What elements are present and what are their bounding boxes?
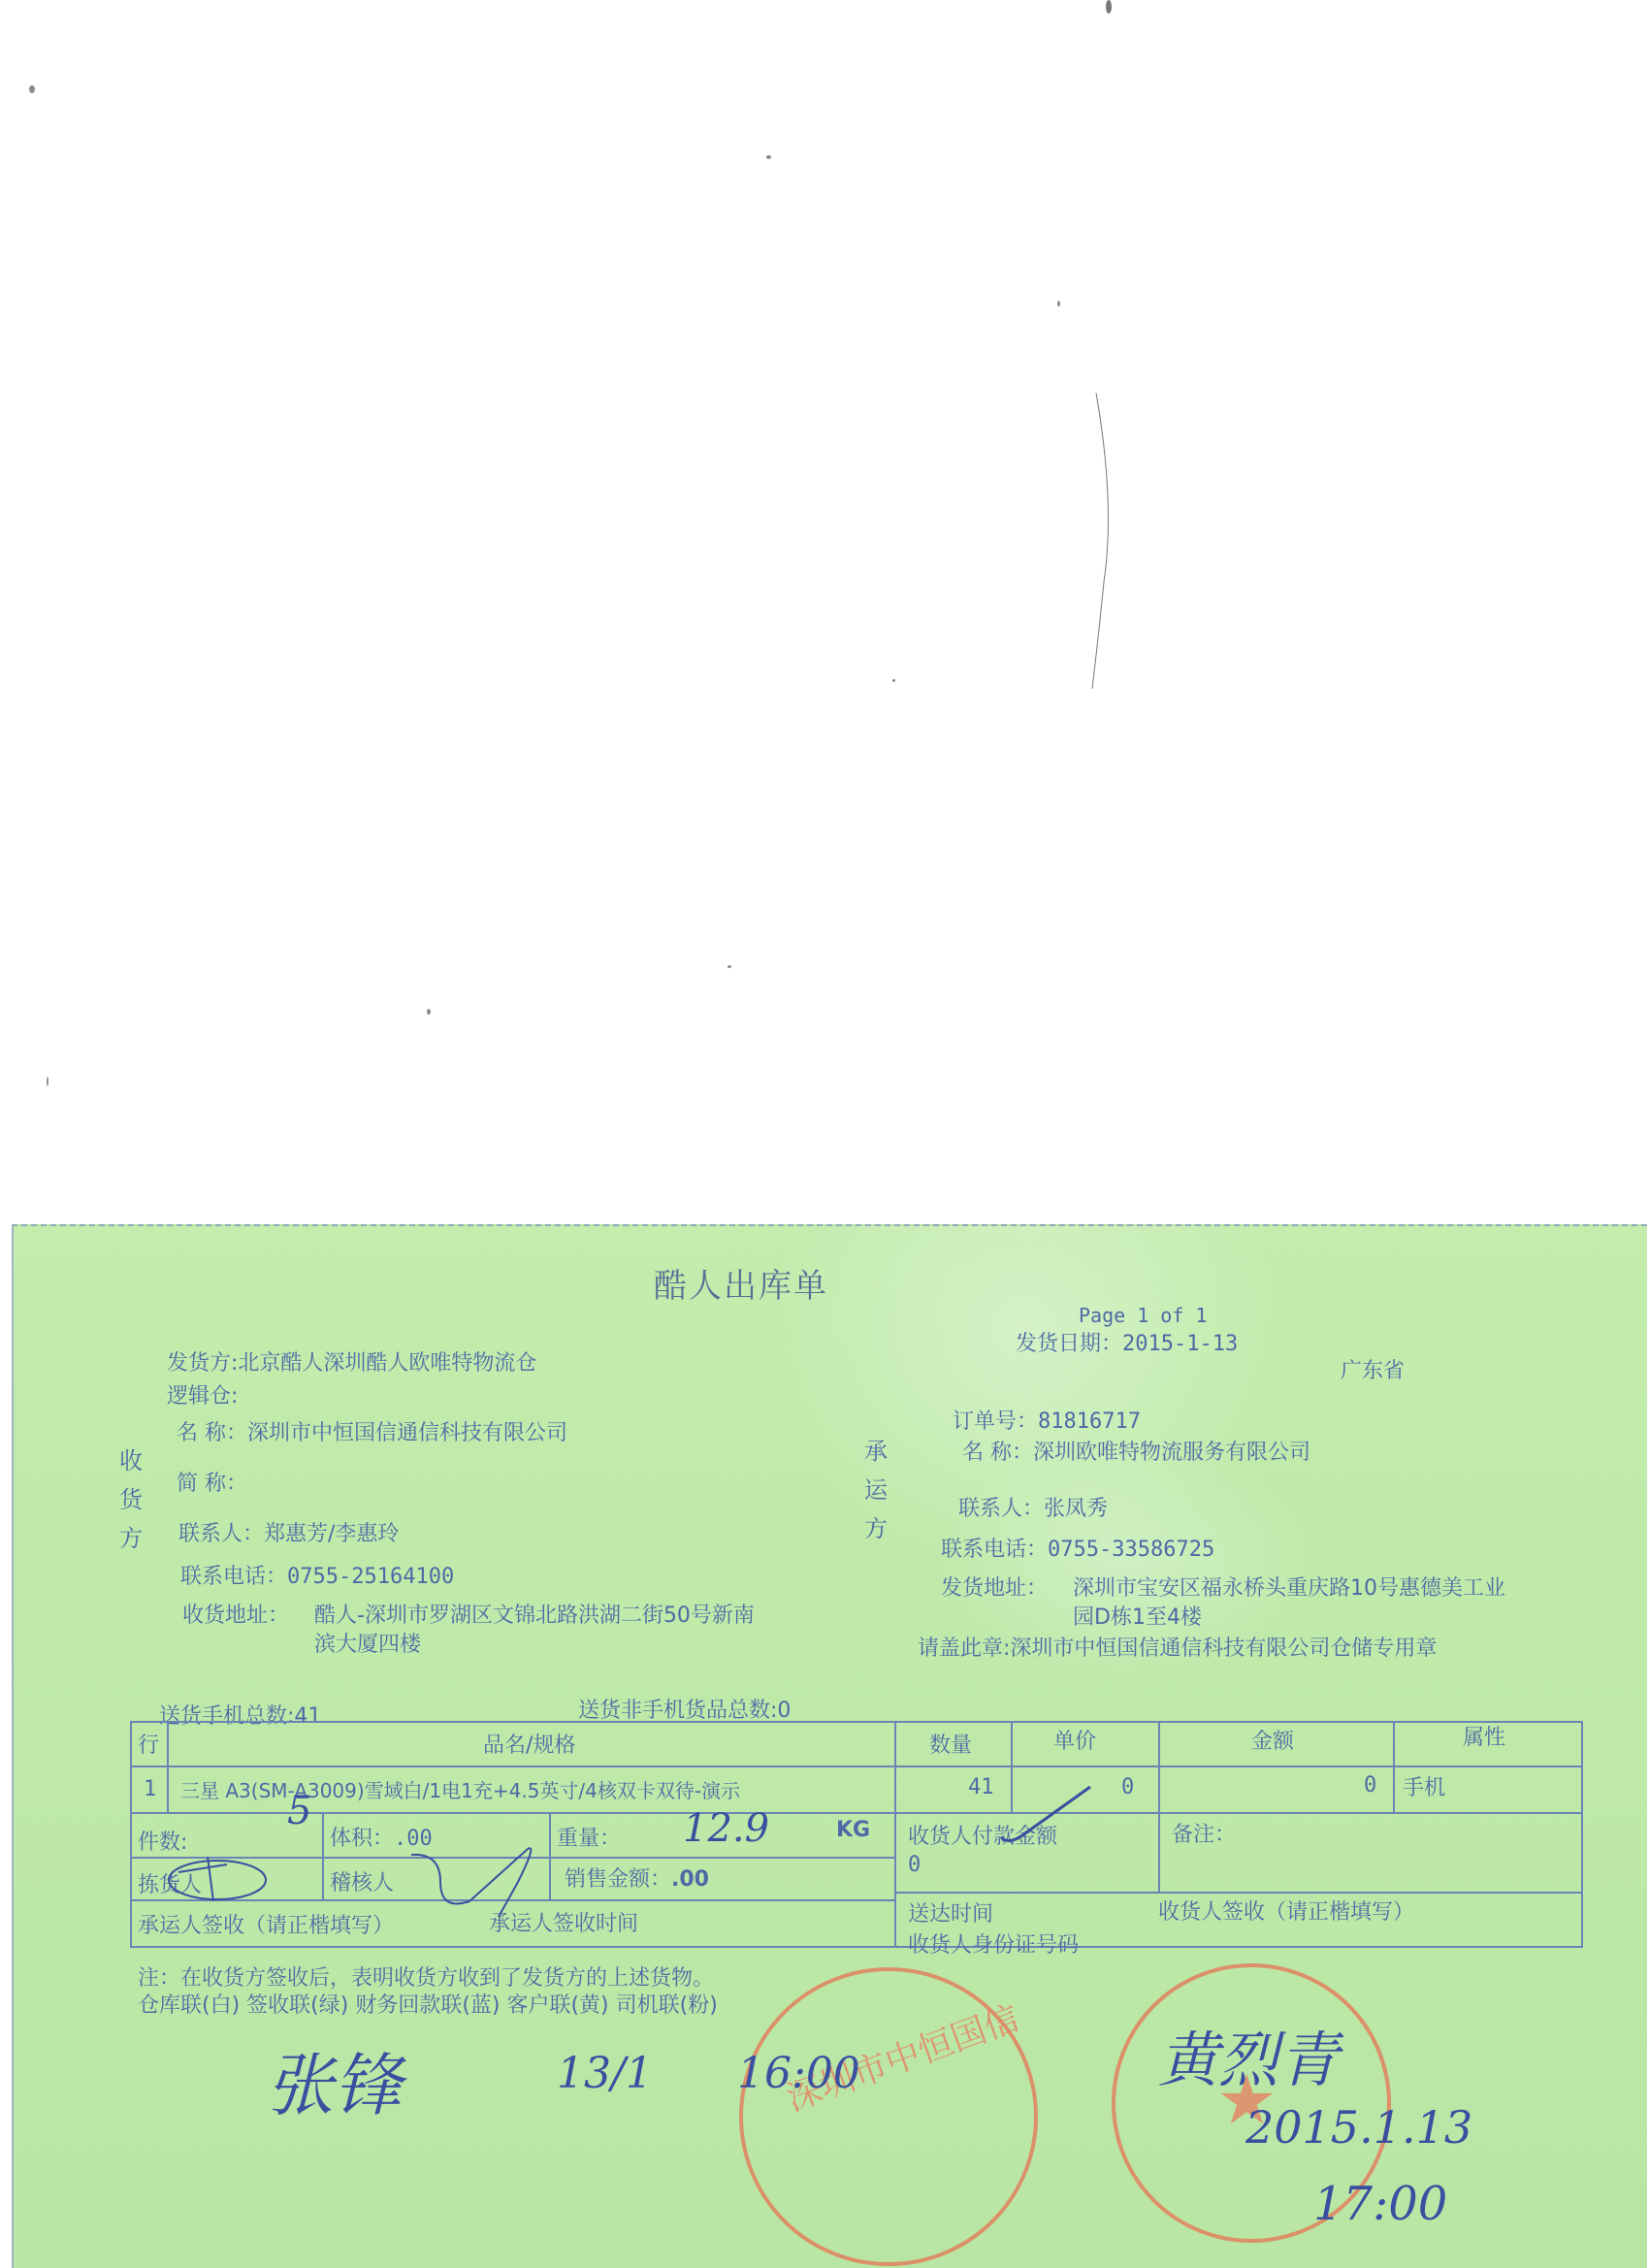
carrier-phone: 联系电话：0755-33586725 [941,1533,1214,1563]
header-line: 行 [138,1729,159,1759]
handwritten-pieces: 5 [287,1789,311,1833]
row-unit-price: 0 [1121,1775,1134,1799]
note-line2: 仓库联(白) 签收联(绿) 财务回款联(蓝) 客户联(黄) 司机联(粉) [138,1989,718,2019]
checker-label: 稽核人 [330,1866,394,1896]
carrier-ship-address-label: 发货地址： [941,1571,1048,1602]
province: 广东省 [1341,1354,1405,1384]
picker-signature-icon [159,1847,275,1905]
consignee-short-name: 简 称： [177,1467,247,1497]
checker-signature-icon [392,1843,547,1921]
document-title: 酷人出库单 [654,1259,828,1307]
non-phone-total: 送货非手机货品总数:0 [578,1694,791,1724]
carrier-signature: 张锋 [266,2031,402,2129]
check-mark-icon [984,1779,1110,1847]
receiver-id-label: 收货人身份证号码 [908,1928,1079,1959]
consignee-address-line1: 酷人-深圳市罗湖区文锦北路洪湖二街50号新南 [314,1599,755,1629]
page-indicator: Page 1 of 1 [1079,1304,1207,1327]
consignee-phone: 联系电话：0755-25164100 [180,1560,454,1590]
scan-hair-line [1077,388,1115,698]
consignee-name: 名 称：深圳市中恒国信通信科技有限公司 [177,1416,567,1446]
delivery-slip: 酷人出库单 Page 1 of 1 发货日期：2015-1-13 广东省 发货方… [12,1224,1647,2268]
row-line: 1 [144,1777,156,1801]
logic-warehouse: 逻辑仓: [167,1379,238,1409]
receiver-time: 17:00 [1313,2177,1447,2231]
consignee-section-label: 收货方 [118,1442,144,1558]
carrier-ship-address-line2: 园D栋1至4楼 [1073,1601,1202,1631]
order-number: 订单号：81816717 [953,1405,1141,1435]
payment-value: 0 [908,1853,921,1877]
carrier-time: 16:00 [737,2049,860,2098]
consignee-address-line2: 滨大厦四楼 [314,1628,421,1658]
carrier-ship-address-line1: 深圳市宝安区福永桥头重庆路10号惠德美工业 [1073,1571,1505,1602]
header-qty: 数量 [929,1729,972,1759]
header-amount: 金额 [1251,1725,1294,1755]
row-amount: 0 [1364,1773,1376,1798]
carrier-name: 名 称：深圳欧唯特物流服务有限公司 [962,1436,1310,1466]
receiver-sign-label: 收货人签收（请正楷填写） [1158,1895,1414,1926]
carrier-sign-label: 承运人签收（请正楷填写） [138,1909,394,1939]
header-attribute: 属性 [1463,1721,1505,1751]
carrier-date: 13/1 [557,2049,653,2098]
stamp-request: 请盖此章:深圳市中恒国信通信科技有限公司仓储专用章 [918,1632,1437,1662]
consignee-address-label: 收货地址： [182,1599,289,1629]
ship-date: 发货日期：2015-1-13 [1016,1327,1238,1357]
row-attribute: 手机 [1403,1771,1445,1801]
weight-unit: KG [836,1818,870,1842]
sales-amount: 销售金额：.00 [565,1863,709,1893]
consignee-contact: 联系人：郑惠芳/李惠玲 [178,1517,399,1547]
remarks-label: 备注： [1172,1818,1236,1848]
receiver-date: 2015.1.13 [1245,2101,1472,2154]
header-unit-price: 单价 [1053,1725,1096,1755]
weight-label: 重量： [557,1822,621,1852]
delivery-time-label: 送达时间 [908,1897,993,1928]
carrier-contact: 联系人：张凤秀 [958,1492,1108,1522]
shipper: 发货方:北京酷人深圳酷人欧唯特物流仓 [167,1346,536,1377]
handwritten-weight: 12.9 [683,1806,769,1851]
carrier-section-label: 承运方 [863,1432,889,1548]
header-item: 品名/规格 [483,1729,575,1759]
note-line1: 注：在收货方签收后，表明收货方收到了发货方的上述货物。 [138,1961,714,1992]
receiver-signature: 黄烈青 [1158,2012,1339,2098]
